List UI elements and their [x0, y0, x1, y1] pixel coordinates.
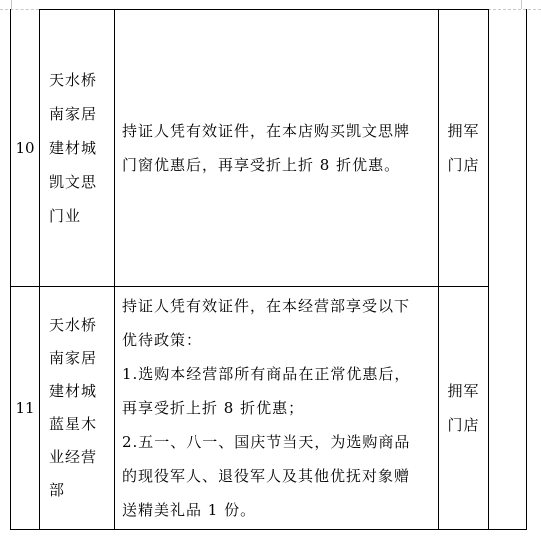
merchant-name-line: 南家居: [49, 342, 114, 375]
table-bottom-border: [10, 529, 527, 530]
col-border-5: [526, 9, 527, 530]
benefit-description-cell: 持证人凭有效证件，在本经营部享受以下 优待政策： 1.选购本经营部所有商品在正常…: [115, 287, 438, 529]
benefit-description-cell: 持证人凭有效证件，在本店购买凯文思牌 门窗优惠后，再享受折上折 8 折优惠。: [115, 10, 438, 286]
category-cell: 拥军 门店: [439, 10, 488, 286]
category-line: 门店: [447, 408, 479, 442]
merchant-name-line: 南家居: [49, 97, 114, 131]
row-number: 10: [15, 131, 34, 165]
merchant-name-line: 部: [49, 474, 114, 507]
merchant-name-line: 建材城: [49, 131, 114, 165]
benefit-line: 优待政策：: [122, 323, 436, 357]
category-line: 拥军: [447, 114, 479, 148]
benefit-line: 持证人凭有效证件，在本经营部享受以下: [122, 289, 436, 323]
category-line: 门店: [447, 148, 479, 182]
row-number: 11: [15, 391, 34, 425]
corner-mark-top-left-v: [11, 0, 12, 9]
benefit-line: 的现役军人、退役军人及其他优抚对象赠: [122, 459, 436, 493]
benefit-line: 再享受折上折 8 折优惠；: [122, 391, 436, 425]
merchant-name-line: 天水桥: [49, 63, 114, 97]
remark-cell: [489, 287, 526, 529]
merchant-name-line: 建材城: [49, 375, 114, 408]
merchant-name-line: 业经营: [49, 441, 114, 474]
row-number-cell: 10: [11, 10, 39, 286]
category-line: 拥军: [447, 374, 479, 408]
benefit-line: 持证人凭有效证件，在本店购买凯文思牌: [122, 114, 436, 148]
document-page: 10 天水桥 南家居 建材城 凯文思 门业 持证人凭有效证件，在本店购买凯文思牌…: [0, 0, 541, 538]
benefit-line: 1.选购本经营部所有商品在正常优惠后，: [122, 357, 436, 391]
row-number-cell: 11: [11, 287, 39, 529]
benefit-line: 2.五一、八一、国庆节当天，为选购商品: [122, 425, 436, 459]
merchant-name-line: 蓝星木: [49, 408, 114, 441]
merchant-name-line: 门业: [49, 199, 114, 233]
category-cell: 拥军 门店: [439, 287, 488, 529]
remark-cell: [489, 10, 526, 286]
merchant-name-cell: 天水桥 南家居 建材城 蓝星木 业经营 部: [40, 287, 114, 529]
merchant-name-cell: 天水桥 南家居 建材城 凯文思 门业: [40, 10, 114, 286]
merchant-name-line: 天水桥: [49, 309, 114, 342]
benefit-line: 门窗优惠后，再享受折上折 8 折优惠。: [122, 148, 436, 182]
benefit-line: 送精美礼品 1 份。: [122, 493, 436, 527]
merchant-name-line: 凯文思: [49, 165, 114, 199]
corner-mark-top-right-v: [521, 0, 522, 9]
